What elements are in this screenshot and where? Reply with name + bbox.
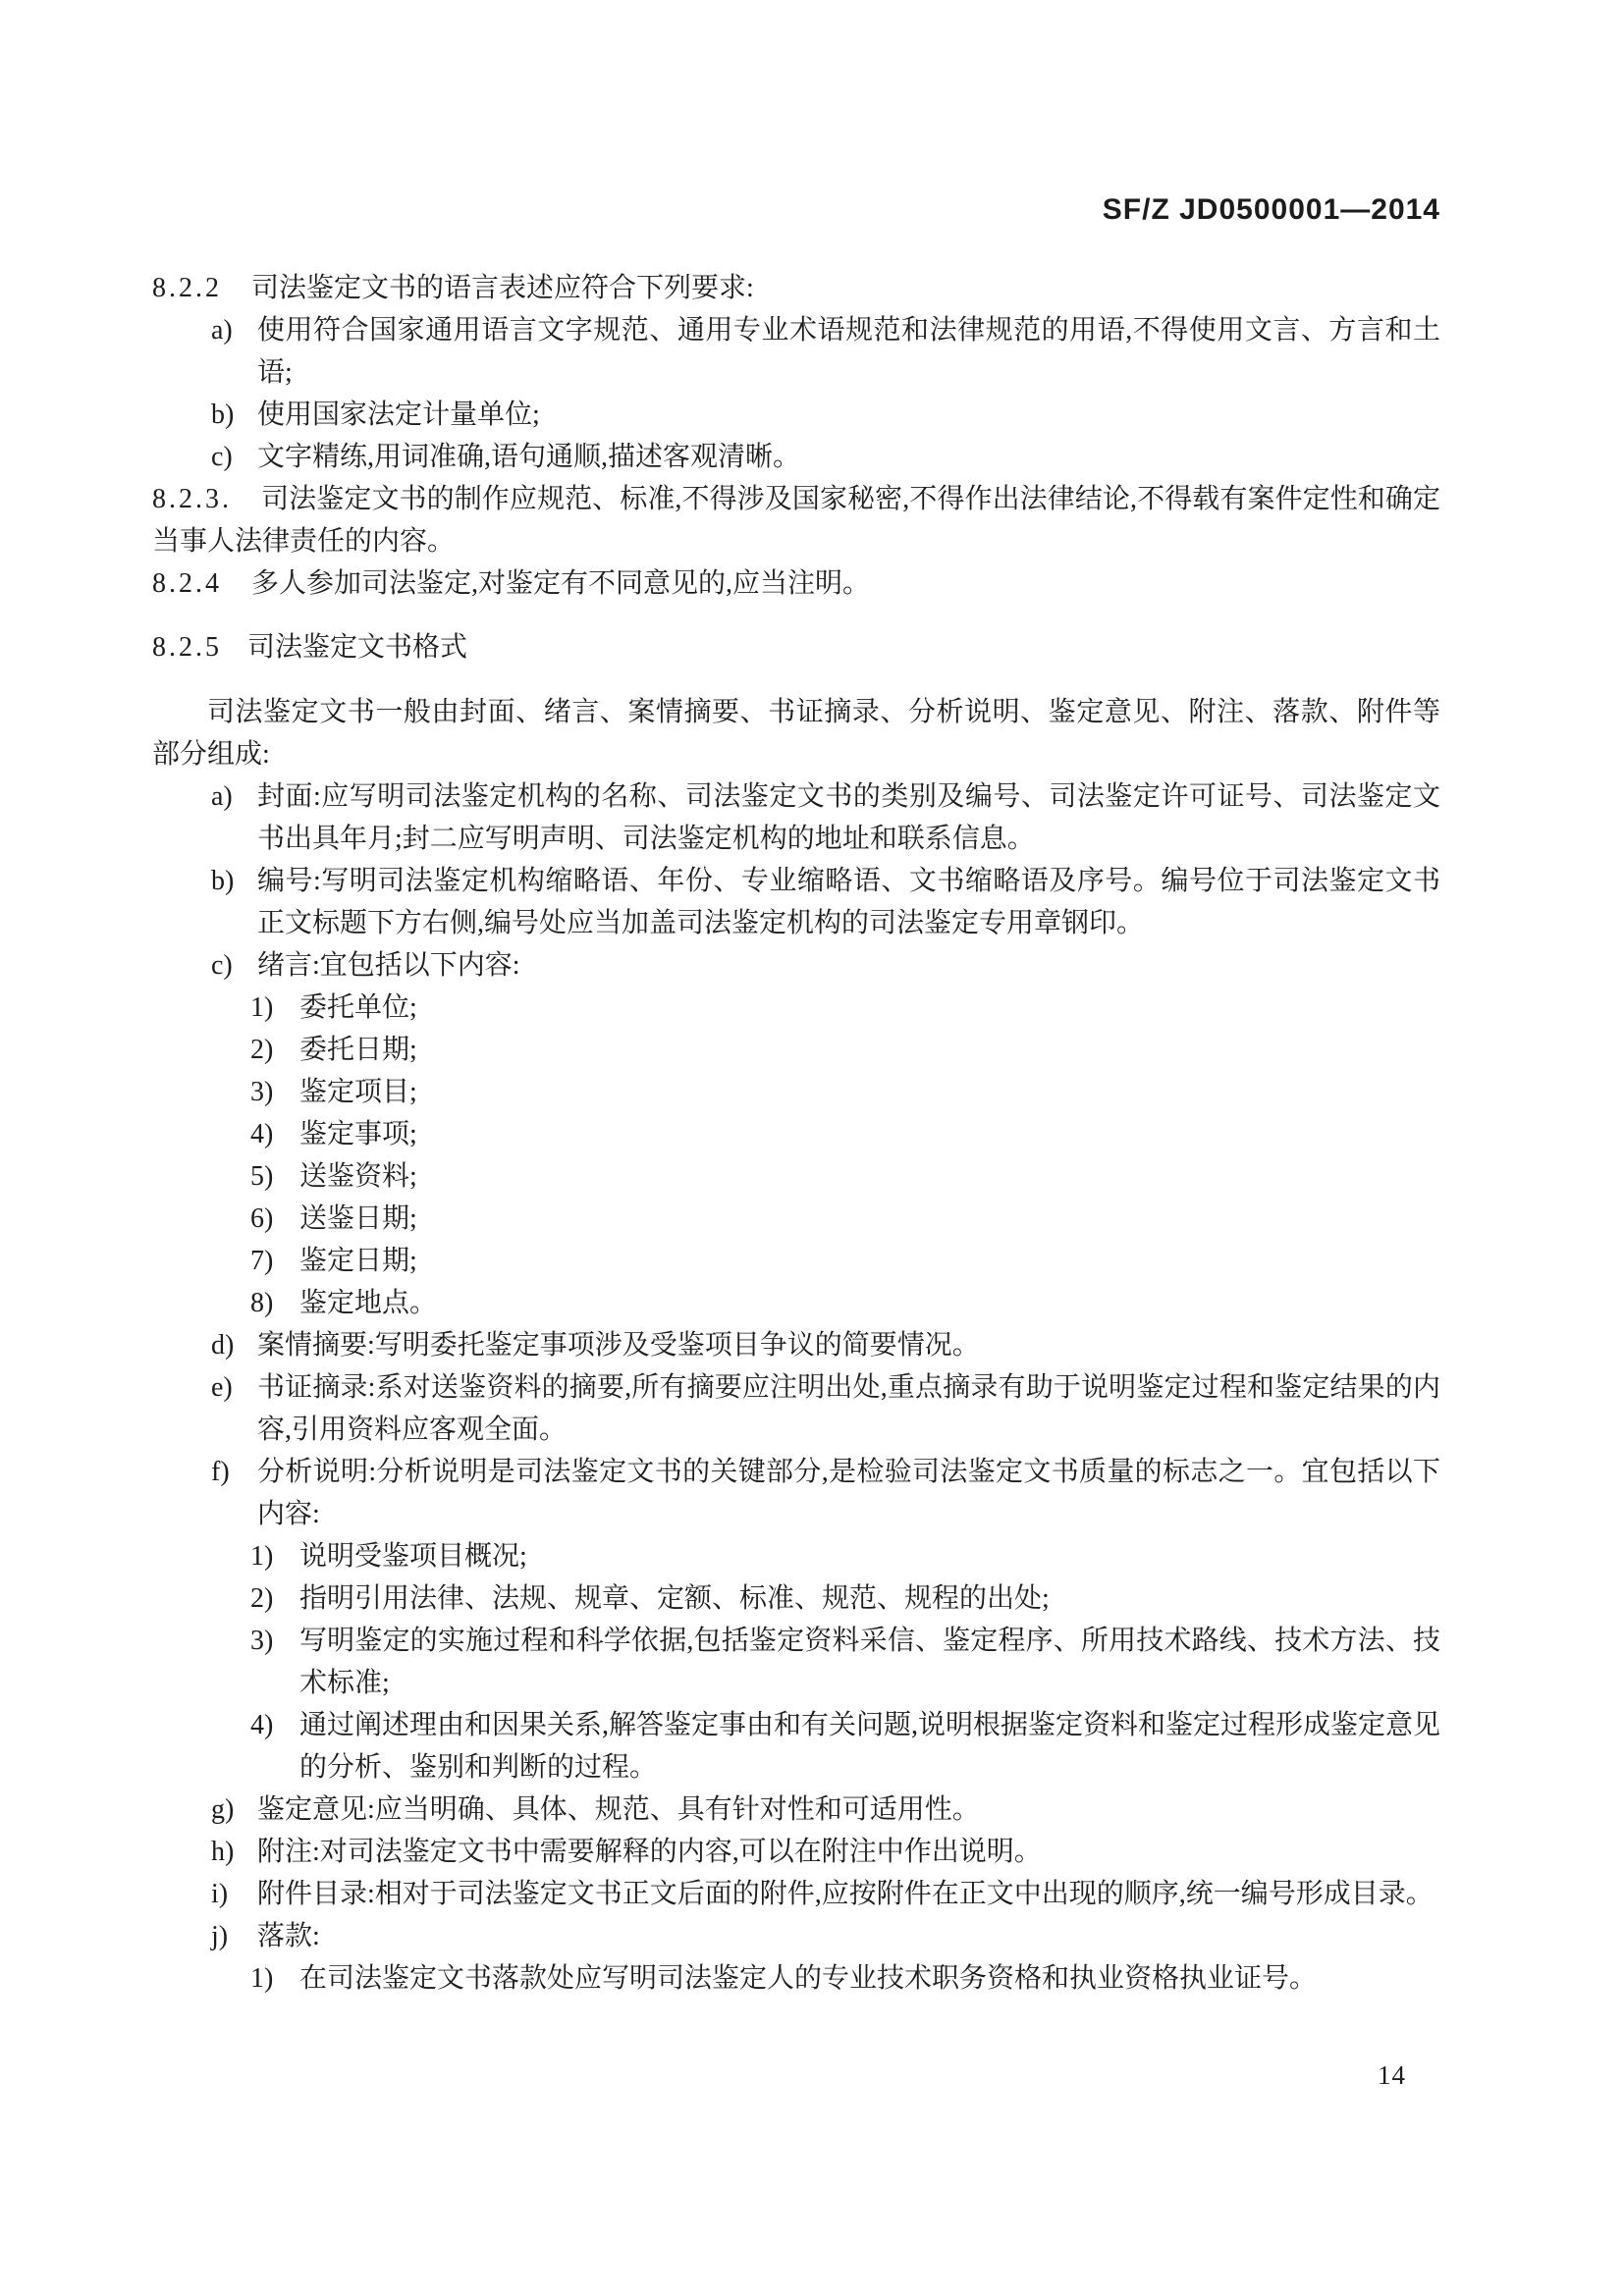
list-item-825-h: h)附注:对司法鉴定文书中需要解释的内容,可以在附注中作出说明。 [152, 1831, 1440, 1873]
list-item-text: 案情摘要:写明委托鉴定事项涉及受鉴项目争议的简要情况。 [257, 1330, 980, 1361]
clause-number: 8.2.5 [152, 632, 222, 663]
list-item-text: 附件目录:相对于司法鉴定文书正文后面的附件,应按附件在正文中出现的顺序,统一编号… [257, 1879, 1434, 1909]
list-item-text: 分析说明:分析说明是司法鉴定文书的关键部分,是检验司法鉴定文书质量的标志之一。宜… [257, 1457, 1440, 1529]
sublist-item-c-1: 1)委托单位; [152, 987, 1440, 1029]
list-item-text: 封面:应写明司法鉴定机构的名称、司法鉴定文书的类别及编号、司法鉴定许可证号、司法… [257, 781, 1440, 854]
list-item-825-j: j)落款: [152, 1915, 1440, 1957]
sublist-item-text: 送鉴资料; [299, 1161, 417, 1192]
sublist-item-text: 鉴定地点。 [299, 1288, 437, 1318]
list-item-825-e: e)书证摘录:系对送鉴资料的摘要,所有摘要应注明出处,重点摘录有助于说明鉴定过程… [152, 1366, 1440, 1451]
list-item-label: f) [211, 1451, 230, 1493]
list-item-text: 落款: [257, 1921, 320, 1951]
sublist-item-label: 1) [250, 987, 273, 1029]
sublist-item-text: 说明受鉴项目概况; [299, 1541, 527, 1572]
list-item-text: 编号:写明司法鉴定机构缩略语、年份、专业缩略语、文书缩略语及序号。编号位于司法鉴… [257, 866, 1440, 938]
clause-heading-8-2-5: 8.2.5司法鉴定文书格式 [152, 626, 1440, 668]
document-body: 8.2.2司法鉴定文书的语言表述应符合下列要求: a)使用符合国家通用语言文字规… [152, 267, 1440, 2000]
list-item-label: g) [211, 1789, 234, 1831]
list-item-label: b) [211, 394, 234, 436]
list-item-825-d: d)案情摘要:写明委托鉴定事项涉及受鉴项目争议的简要情况。 [152, 1324, 1440, 1366]
list-item-label: j) [211, 1915, 228, 1957]
list-item-label: h) [211, 1831, 234, 1873]
sublist-item-text: 通过阐述理由和因果关系,解答鉴定事由和有关问题,说明根据鉴定资料和鉴定过程形成鉴… [299, 1710, 1440, 1783]
list-item-label: d) [211, 1324, 234, 1366]
sublist-item-c-5: 5)送鉴资料; [152, 1155, 1440, 1198]
sublist-item-label: 4) [250, 1704, 273, 1746]
list-item-822-a: a)使用符合国家通用语言文字规范、通用专业术语规范和法律规范的用语,不得使用文言… [152, 309, 1440, 394]
sublist-item-label: 7) [250, 1240, 273, 1282]
document-page: SF/Z JD0500001—2014 8.2.2司法鉴定文书的语言表述应符合下… [0, 0, 1624, 2296]
sublist-item-label: 8) [250, 1282, 273, 1324]
clause-8-2-3: 8.2.3.司法鉴定文书的制作应规范、标准,不得涉及国家秘密,不得作出法律结论,… [152, 478, 1440, 562]
clause-8-2-2: 8.2.2司法鉴定文书的语言表述应符合下列要求: [152, 267, 1440, 309]
list-item-825-b: b)编号:写明司法鉴定机构缩略语、年份、专业缩略语、文书缩略语及序号。编号位于司… [152, 860, 1440, 944]
clause-text: 司法鉴定文书的语言表述应符合下列要求: [251, 273, 754, 303]
list-item-label: b) [211, 860, 234, 902]
page-content: SF/Z JD0500001—2014 8.2.2司法鉴定文书的语言表述应符合下… [152, 194, 1440, 2000]
list-item-label: c) [211, 944, 233, 987]
list-item-label: e) [211, 1366, 233, 1409]
sublist-item-label: 6) [250, 1198, 273, 1240]
sublist-item-text: 写明鉴定的实施过程和科学依据,包括鉴定资料采信、鉴定程序、所用技术路线、技术方法… [299, 1626, 1440, 1698]
clause-heading-text: 司法鉴定文书格式 [247, 632, 467, 663]
list-item-825-f: f)分析说明:分析说明是司法鉴定文书的关键部分,是检验司法鉴定文书质量的标志之一… [152, 1451, 1440, 1535]
list-item-825-i: i)附件目录:相对于司法鉴定文书正文后面的附件,应按附件在正文中出现的顺序,统一… [152, 1873, 1440, 1915]
sublist-item-text: 鉴定项目; [299, 1077, 417, 1107]
sublist-item-label: 3) [250, 1071, 273, 1113]
sublist-item-label: 1) [250, 1957, 273, 2000]
sublist-item-label: 5) [250, 1155, 273, 1198]
sublist-item-f-4: 4)通过阐述理由和因果关系,解答鉴定事由和有关问题,说明根据鉴定资料和鉴定过程形… [152, 1704, 1440, 1789]
clause-text: 司法鉴定文书的制作应规范、标准,不得涉及国家秘密,不得作出法律结论,不得载有案件… [152, 484, 1440, 557]
clause-8-2-5-intro: 司法鉴定文书一般由封面、绪言、案情摘要、书证摘录、分析说明、鉴定意见、附注、落款… [152, 691, 1440, 775]
sublist-item-label: 4) [250, 1113, 273, 1155]
clause-text: 多人参加司法鉴定,对鉴定有不同意见的,应当注明。 [251, 568, 870, 599]
sublist-item-c-3: 3)鉴定项目; [152, 1071, 1440, 1113]
sublist-item-j-1: 1)在司法鉴定文书落款处应写明司法鉴定人的专业技术职务资格和执业资格执业证号。 [152, 1957, 1440, 2000]
list-item-label: i) [211, 1873, 228, 1915]
list-item-text: 附注:对司法鉴定文书中需要解释的内容,可以在附注中作出说明。 [257, 1837, 1042, 1867]
list-item-label: a) [211, 775, 233, 818]
sublist-item-f-3: 3)写明鉴定的实施过程和科学依据,包括鉴定资料采信、鉴定程序、所用技术路线、技术… [152, 1620, 1440, 1704]
sublist-item-c-2: 2)委托日期; [152, 1029, 1440, 1071]
sublist-item-text: 在司法鉴定文书落款处应写明司法鉴定人的专业技术职务资格和执业资格执业证号。 [299, 1963, 1317, 1994]
list-item-825-c: c)绪言:宜包括以下内容: [152, 944, 1440, 987]
list-item-text: 文字精练,用词准确,语句通顺,描述客观清晰。 [257, 442, 800, 472]
sublist-item-c-4: 4)鉴定事项; [152, 1113, 1440, 1155]
page-number: 14 [1378, 2059, 1406, 2091]
list-item-label: a) [211, 309, 233, 351]
list-item-text: 绪言:宜包括以下内容: [257, 950, 520, 981]
sublist-item-text: 委托单位; [299, 992, 417, 1023]
sublist-item-text: 指明引用法律、法规、规章、定额、标准、规范、规程的出处; [299, 1583, 1050, 1614]
list-item-text: 使用符合国家通用语言文字规范、通用专业术语规范和法律规范的用语,不得使用文言、方… [257, 315, 1440, 388]
sublist-item-label: 1) [250, 1535, 273, 1577]
sublist-item-text: 送鉴日期; [299, 1203, 417, 1234]
sublist-item-label: 2) [250, 1029, 273, 1071]
clause-number: 8.2.2 [152, 273, 222, 303]
list-item-825-g: g)鉴定意见:应当明确、具体、规范、具有针对性和可适用性。 [152, 1789, 1440, 1831]
list-item-text: 使用国家法定计量单位; [257, 400, 540, 430]
sublist-item-label: 3) [250, 1620, 273, 1662]
sublist-item-label: 2) [250, 1577, 273, 1620]
sublist-item-c-6: 6)送鉴日期; [152, 1198, 1440, 1240]
list-item-text: 鉴定意见:应当明确、具体、规范、具有针对性和可适用性。 [257, 1794, 980, 1825]
list-item-text: 书证摘录:系对送鉴资料的摘要,所有摘要应注明出处,重点摘录有助于说明鉴定过程和鉴… [257, 1372, 1440, 1445]
clause-number: 8.2.3. [152, 484, 232, 514]
sublist-item-text: 鉴定日期; [299, 1246, 417, 1276]
sublist-item-c-8: 8)鉴定地点。 [152, 1282, 1440, 1324]
header-doc-code: SF/Z JD0500001—2014 [152, 194, 1440, 226]
sublist-item-c-7: 7)鉴定日期; [152, 1240, 1440, 1282]
sublist-item-text: 委托日期; [299, 1035, 417, 1065]
list-item-822-b: b)使用国家法定计量单位; [152, 394, 1440, 436]
clause-number: 8.2.4 [152, 568, 222, 599]
sublist-item-f-2: 2)指明引用法律、法规、规章、定额、标准、规范、规程的出处; [152, 1577, 1440, 1620]
list-item-825-a: a)封面:应写明司法鉴定机构的名称、司法鉴定文书的类别及编号、司法鉴定许可证号、… [152, 775, 1440, 860]
sublist-item-f-1: 1)说明受鉴项目概况; [152, 1535, 1440, 1577]
sublist-item-text: 鉴定事项; [299, 1119, 417, 1149]
list-item-label: c) [211, 436, 233, 478]
clause-8-2-4: 8.2.4多人参加司法鉴定,对鉴定有不同意见的,应当注明。 [152, 562, 1440, 605]
list-item-822-c: c)文字精练,用词准确,语句通顺,描述客观清晰。 [152, 436, 1440, 478]
